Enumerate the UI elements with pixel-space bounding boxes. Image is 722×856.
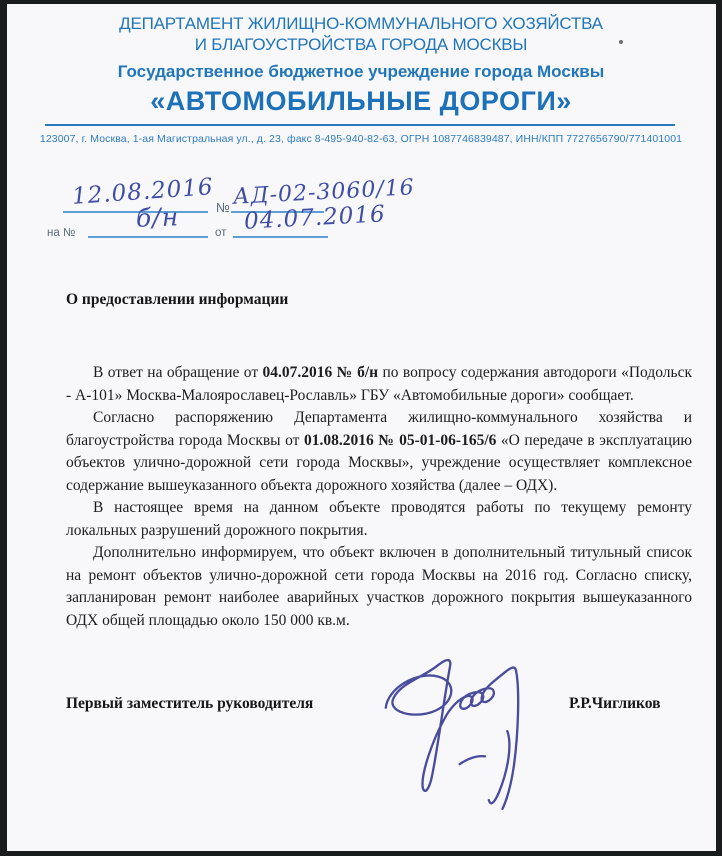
signature-main-stroke (386, 660, 518, 809)
reply-number-underline (88, 236, 208, 238)
outgoing-number-label: № (216, 200, 230, 215)
letterhead-org-name: «АВТОМОБИЛЬНЫЕ ДОРОГИ» (0, 86, 722, 116)
reply-number-label: на № (47, 227, 75, 239)
body-paragraph-1: В ответ на обращение от 04.07.2016 № б/н… (66, 362, 692, 407)
letterhead-dept-line2: И БЛАГОУСТРОЙСТВА ГОРОДА МОСКВЫ (0, 34, 722, 55)
signer-title: Первый заместитель руководителя (66, 695, 313, 713)
body-paragraph-4: Дополнительно информируем, что объект вк… (66, 542, 692, 632)
scan-artifact-dot (619, 40, 623, 44)
p1-bold-reference: 04.07.2016 № б/н (263, 364, 379, 381)
signature-seven-stroke (489, 731, 510, 803)
letter-body: В ответ на обращение от 04.07.2016 № б/н… (66, 362, 692, 632)
handwritten-signature (378, 645, 553, 820)
letterhead-address: 123007, г. Москва, 1-ая Магистральная ул… (0, 133, 722, 145)
body-paragraph-2: Согласно распоряжению Департамента жилищ… (66, 407, 692, 497)
body-paragraph-3: В настоящее время на данном объекте пров… (66, 497, 692, 542)
incoming-date-underline (233, 236, 328, 238)
signer-name: Р.Р.Чигликов (569, 695, 660, 713)
letterhead-org-type: Государственное бюджетное учреждение гор… (0, 62, 722, 82)
letterhead: ДЕПАРТАМЕНТ ЖИЛИЩНО-КОММУНАЛЬНОГО ХОЗЯЙС… (0, 13, 722, 116)
p2-bold-reference: 01.08.2016 № 05-01-06-165/6 (304, 432, 496, 449)
p1-text: В ответ на обращение от (93, 364, 263, 381)
reply-number-handwritten: б/н (136, 202, 180, 232)
letterhead-dept-line1: ДЕПАРТАМЕНТ ЖИЛИЩНО-КОММУНАЛЬНОГО ХОЗЯЙС… (0, 13, 722, 34)
letterhead-divider (45, 124, 675, 126)
incoming-date-label: от (215, 227, 226, 239)
signature-seven-dash (460, 756, 485, 764)
subject-line: О предоставлении информации (66, 291, 288, 309)
scanned-letter: ДЕПАРТАМЕНТ ЖИЛИЩНО-КОММУНАЛЬНОГО ХОЗЯЙС… (0, 0, 722, 856)
